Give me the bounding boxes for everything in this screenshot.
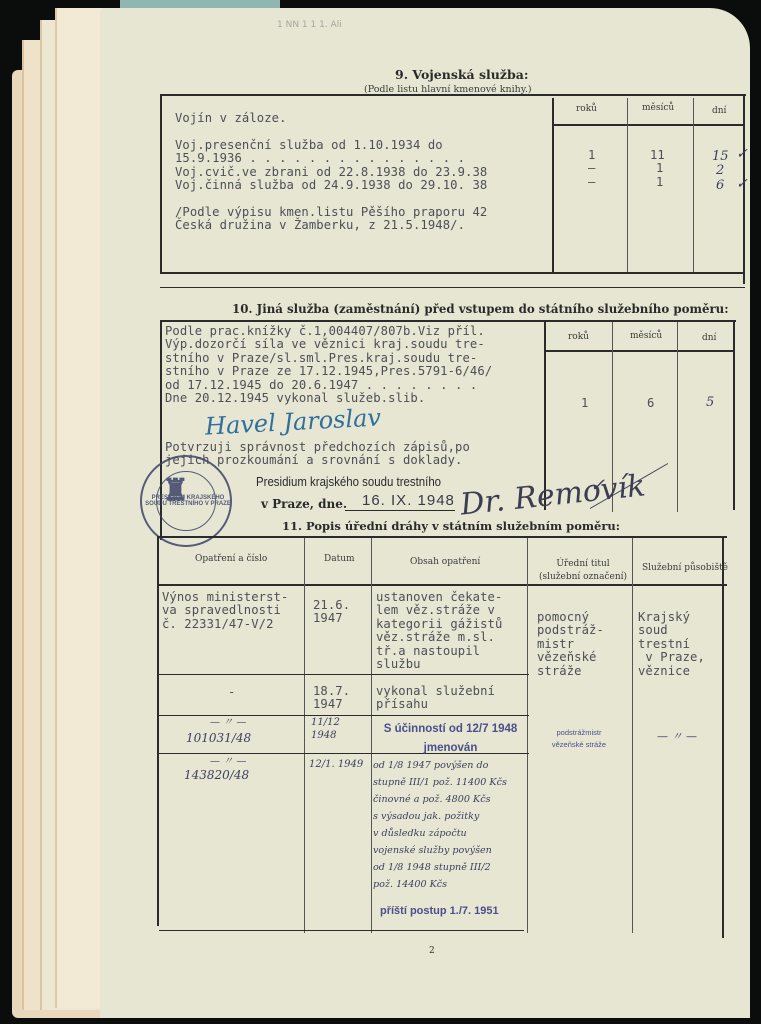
s9-mesicu-3: 1 <box>656 176 663 189</box>
s9-text: Vojín v záloze. Voj.presenční služba od … <box>175 112 487 233</box>
s11-row2-opatreni: - <box>228 686 235 699</box>
s9-dni-2: 2 <box>716 163 724 178</box>
authority-name: Presidium krajského soudu trestního <box>256 474 441 489</box>
s11-row1-titul: pomocný podstráž- mistr vězeňské stráže <box>537 611 604 678</box>
place-label: v Praze, dne. <box>261 497 347 511</box>
s11-row1-pusobiste: Krajský soud trestní v Praze, věznice <box>638 611 705 678</box>
s11-row2-obsah: vykonal služební přísahu <box>376 685 495 712</box>
s11-row3-titul-stamp: podstrážmistr vězeňské stráže <box>534 727 624 751</box>
s11-row3-ditto: — 〃 — <box>210 713 246 728</box>
s11-header-pusobiste: Služební působiště <box>642 563 728 573</box>
s11-header-datum: Datum <box>324 554 355 564</box>
s11-row1-obsah: ustanoven čekate- lem věz.stráže v kateg… <box>376 591 502 671</box>
s9-header-roku: roků <box>576 104 597 114</box>
s9-dni-1: 15 <box>712 149 729 164</box>
s9-header-dni: dní <box>712 106 726 116</box>
s11-row4-obsah: od 1/8 1947 povýšen do stupně III/1 pož.… <box>373 757 507 893</box>
official-seal: ♜ PRESIDIUM KRAJSKÉHO SOUDU TRESTNÍHO V … <box>140 455 232 547</box>
s11-row3-stamp: S účinností od 12/7 1948 jmenován <box>378 720 523 758</box>
section10-title: 10. Jiná služba (zaměstnání) před vstupe… <box>232 302 729 316</box>
s9-roku-3: – <box>588 176 595 189</box>
s11-header-obsah: Obsah opatření <box>410 557 480 567</box>
s10-header-mesicu: měsíců <box>630 331 662 341</box>
s9-header-mesicu: měsíců <box>642 103 674 113</box>
s11-header-titul: Úřední titul (služební označení) <box>535 558 631 584</box>
s10-header-roku: roků <box>568 332 589 342</box>
checkmark-icon: ✓ <box>590 475 605 496</box>
s11-row3-opatreni: 101031/48 <box>186 731 251 745</box>
s10-header-dni: dní <box>702 333 716 343</box>
s10-mesicu: 6 <box>647 397 654 410</box>
s11-row4-datum: 12/1. 1949 <box>309 759 363 770</box>
s11-header-opatreni: Opatření a číslo <box>195 554 267 564</box>
s9-mesicu-2: 1 <box>656 162 663 175</box>
s11-row1-opatreni: Výnos ministerst- va spravedlnosti č. 22… <box>162 591 288 631</box>
stamp-date: 16. IX. 1948 <box>362 492 455 509</box>
page-number: 2 <box>429 946 435 956</box>
checkmark-icon: ✓ <box>736 176 748 192</box>
pencil-note: 1 NN 1 1 1. Ali <box>277 20 342 30</box>
s11-next-promotion-stamp: příští postup 1./7. 1951 <box>380 905 499 917</box>
s11-row3-pusobiste: — 〃 — <box>657 728 697 744</box>
s11-row4-opatreni: 143820/48 <box>184 768 249 782</box>
s10-text: Podle prac.knížky č.1,004407/807b.Viz př… <box>165 325 492 405</box>
s9-roku-2: – <box>588 162 595 175</box>
s9-dni-3: 6 <box>716 178 724 193</box>
s10-dni: 5 <box>706 395 714 410</box>
s11-row4-ditto: — 〃 — <box>210 752 246 767</box>
section11-title: 11. Popis úřední dráhy v státním služebn… <box>282 519 620 533</box>
s11-row1-datum: 21.6. 1947 <box>313 599 350 626</box>
s10-roku: 1 <box>581 397 588 410</box>
s11-row2-datum: 18.7. 1947 <box>313 685 350 712</box>
s11-row3-datum: 11/12 1948 <box>311 716 340 742</box>
section9-title: 9. Vojenská služba: <box>395 67 528 82</box>
checkmark-icon: ✓ <box>736 146 748 162</box>
